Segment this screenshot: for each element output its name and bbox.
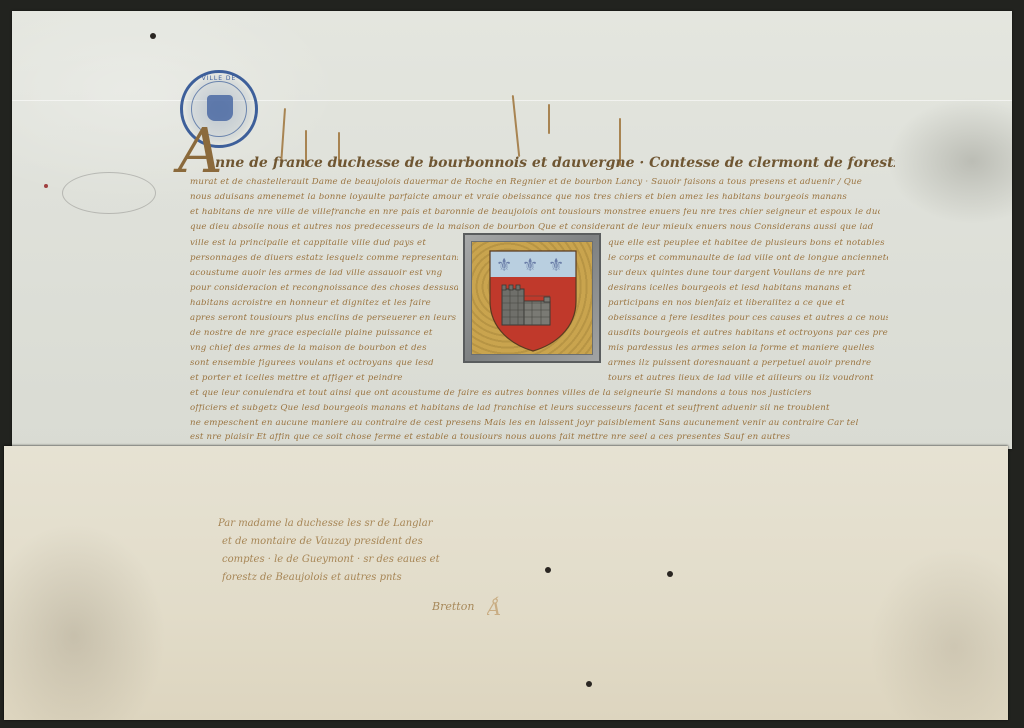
charter-line: mis pardessus les armes selon la forme e… <box>608 344 888 353</box>
svg-text:⚜: ⚜ <box>548 255 564 276</box>
endorsement-line: Par madame la duchesse les sr de Langlar <box>218 518 458 529</box>
charter-line: sont ensemble figurees voulans et octroy… <box>190 359 458 368</box>
pin-hole <box>545 567 551 573</box>
endorsement-line: et de montaire de Vauzay president des <box>222 536 458 547</box>
charter-line: desirans icelles bourgeois et lesd habit… <box>608 284 888 293</box>
charter-line: murat et de chastellerault Dame de beauj… <box>190 178 880 187</box>
charter-line: participans en nos bienfaiz et liberalit… <box>608 299 888 308</box>
charter-line: que elle est peuplee et habitee de plusi… <box>608 239 888 248</box>
charter-line: armes ilz puissent doresnauant a perpetu… <box>608 359 888 368</box>
oval-library-stamp-icon <box>62 172 156 214</box>
charter-line: nous aduisans amenemet la bonne loyaulte… <box>190 193 880 202</box>
svg-text:⚜: ⚜ <box>496 255 512 276</box>
charter-line: apres seront tousiours plus enclins de p… <box>190 314 458 323</box>
charter-line: ne empeschent en aucune maniere au contr… <box>190 419 890 428</box>
pin-hole <box>667 571 673 577</box>
stamp-text: VILLE DE <box>183 75 255 82</box>
coat-of-arms-shield-icon: ⚜ ⚜ ⚜ <box>488 249 578 353</box>
signature-paraph-icon: Ǻ <box>487 596 501 620</box>
charter-line: et habitans de nre ville de villefranche… <box>190 208 880 217</box>
charter-line: tours et autres lieux de lad ville et ai… <box>608 374 888 383</box>
charter-line: personnages de diuers estatz lesquelz co… <box>190 254 458 263</box>
charter-lower-fold-flap <box>4 446 1008 720</box>
coat-of-arms-gold-ground: ⚜ ⚜ ⚜ <box>471 241 593 355</box>
secretary-signature: Bretton <box>432 600 474 613</box>
charter-line: que dieu absolle nous et autres nos pred… <box>190 223 880 232</box>
charter-line: ville est la principalle et cappitalle v… <box>190 239 458 248</box>
charter-line: obeissance a fere lesdites pour ces caus… <box>608 314 888 323</box>
charter-line: officiers et subgetz Que lesd bourgeois … <box>190 404 890 413</box>
svg-text:⚜: ⚜ <box>522 255 538 276</box>
charter-line: ausdits bourgeois et autres habitans et … <box>608 329 888 338</box>
charter-line: est nre plaisir Et affin que ce soit cho… <box>190 433 890 442</box>
charter-line: sur deux quintes dune tour dargent Voull… <box>608 269 888 278</box>
ascender-stroke <box>548 104 550 134</box>
charter-line: et porter et icelles mettre et affiger e… <box>190 374 458 383</box>
coat-of-arms-frame: ⚜ ⚜ ⚜ <box>463 233 601 363</box>
illuminated-initial: A <box>178 120 223 182</box>
charter-line: vng chief des armes de la maison de bour… <box>190 344 458 353</box>
charter-line: le corps et communaulte de lad ville ont… <box>608 254 888 263</box>
charter-line: pour consideracion et recongnoissance de… <box>190 284 458 293</box>
endorsement-line: comptes · le de Gueymont · sr des eaues … <box>222 554 458 565</box>
charter-line: et que leur conuiendra et tout ainsi que… <box>190 389 890 398</box>
red-mark <box>44 184 48 188</box>
charter-line: habitans acroistre en honneur et dignite… <box>190 299 458 308</box>
pin-hole <box>586 681 592 687</box>
pin-hole <box>150 33 156 39</box>
charter-line: de nostre de nre grace especialle plaine… <box>190 329 458 338</box>
endorsement-line: forestz de Beaujolois et autres pnts <box>222 572 458 583</box>
charter-line: acoustume auoir les armes de lad ville a… <box>190 269 458 278</box>
charter-title-line: nne de france duchesse de bourbonnois et… <box>215 155 895 171</box>
